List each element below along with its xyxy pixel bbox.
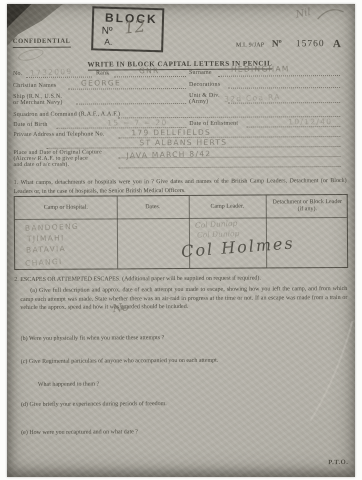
date-of-birth-value: 15 = 7 = 20 xyxy=(107,118,167,127)
form-paper: CONFIDENTIAL BLOCK Nº 12 A. M.I. 9/JAP N… xyxy=(7,4,355,477)
pto-footer: P.T.O. xyxy=(328,459,348,467)
table-header-camp: Camp or Hospital. xyxy=(15,196,117,219)
christian-names-value: GEORGE xyxy=(81,78,121,87)
decorations-label: Decorations xyxy=(189,82,220,89)
unit-div-label-line2: (Army) xyxy=(189,99,208,106)
table-header-dates: Dates. xyxy=(117,196,189,218)
surname-value: HEDINGHAM xyxy=(231,64,290,73)
christian-names-label: Christian Names xyxy=(13,83,56,90)
rank-label: Rank xyxy=(96,70,110,77)
private-address-label: Private Address and Telephone No. xyxy=(13,131,104,139)
answer-a-handwritten: No xyxy=(112,301,130,316)
table-header-detachment: Detachment or Block Leader (if any). xyxy=(266,195,349,218)
camp-entry: CHANGI xyxy=(25,257,63,268)
capture-label-line3: and date of a/c crash). xyxy=(14,162,70,169)
squadron-command-label: Squadron and Command (R.A.F., A.A.F.) xyxy=(13,111,120,119)
address-value-line1: 179 DELLFIELDS xyxy=(131,128,211,137)
camp-entry: BATAVIA xyxy=(26,244,66,255)
camps-table: Camp or Hospital. Dates. Camp Leader. De… xyxy=(14,194,348,270)
form-content: CONFIDENTIAL BLOCK Nº 12 A. M.I. 9/JAP N… xyxy=(6,3,357,478)
surname-label: Surname xyxy=(189,70,212,77)
scanned-document-frame: CONFIDENTIAL BLOCK Nº 12 A. M.I. 9/JAP N… xyxy=(0,0,362,480)
table-header-leader: Camp Leader. xyxy=(189,195,266,217)
date-of-birth-label: Date of Birth xyxy=(13,122,47,129)
camp-entry: BANDOENG xyxy=(25,222,79,233)
question-a: (a) Give full description and approx. da… xyxy=(20,285,347,313)
no-label: No. xyxy=(13,71,22,78)
rank-value: GNR xyxy=(139,66,160,75)
ship-label-line2: or Merchant Navy) xyxy=(13,100,62,107)
camp-entry: TJIMAHI xyxy=(27,233,65,243)
date-of-enlistment-value: 10/12/40 xyxy=(288,117,332,126)
